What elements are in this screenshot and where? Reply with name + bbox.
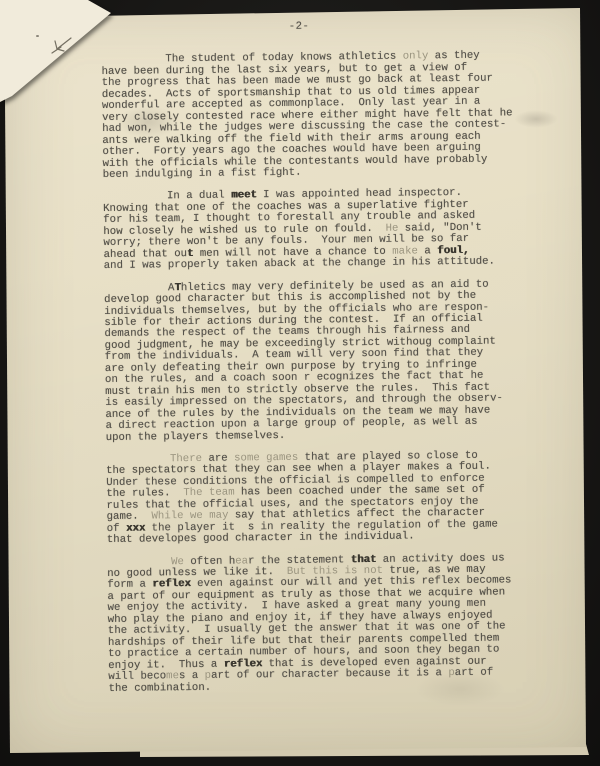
scan-backdrop: -2- The student of today knows athletics… [0,0,600,766]
paper-smudge [514,110,558,128]
pencil-arrow-mark [30,28,90,64]
paragraph: The student of today knows athletics onl… [101,51,518,182]
paragraph: We often hear the statement that an acti… [107,553,525,695]
text-line: that developes good character in the ind… [107,530,523,546]
typed-text-layer: -2- The student of today knows athletics… [101,19,525,706]
document-body: The student of today knows athletics onl… [101,51,524,695]
paragraph: There are some games that are played so … [106,450,523,546]
ink-speck [36,35,39,37]
text-line: been indulging in a fist fight. [103,165,519,181]
text-line: and I was properly taken aback at the ch… [104,256,520,272]
paragraph: AThletics may very definitely be used as… [104,279,522,444]
paragraph: In a dual meet I was appointed head insp… [103,188,520,273]
